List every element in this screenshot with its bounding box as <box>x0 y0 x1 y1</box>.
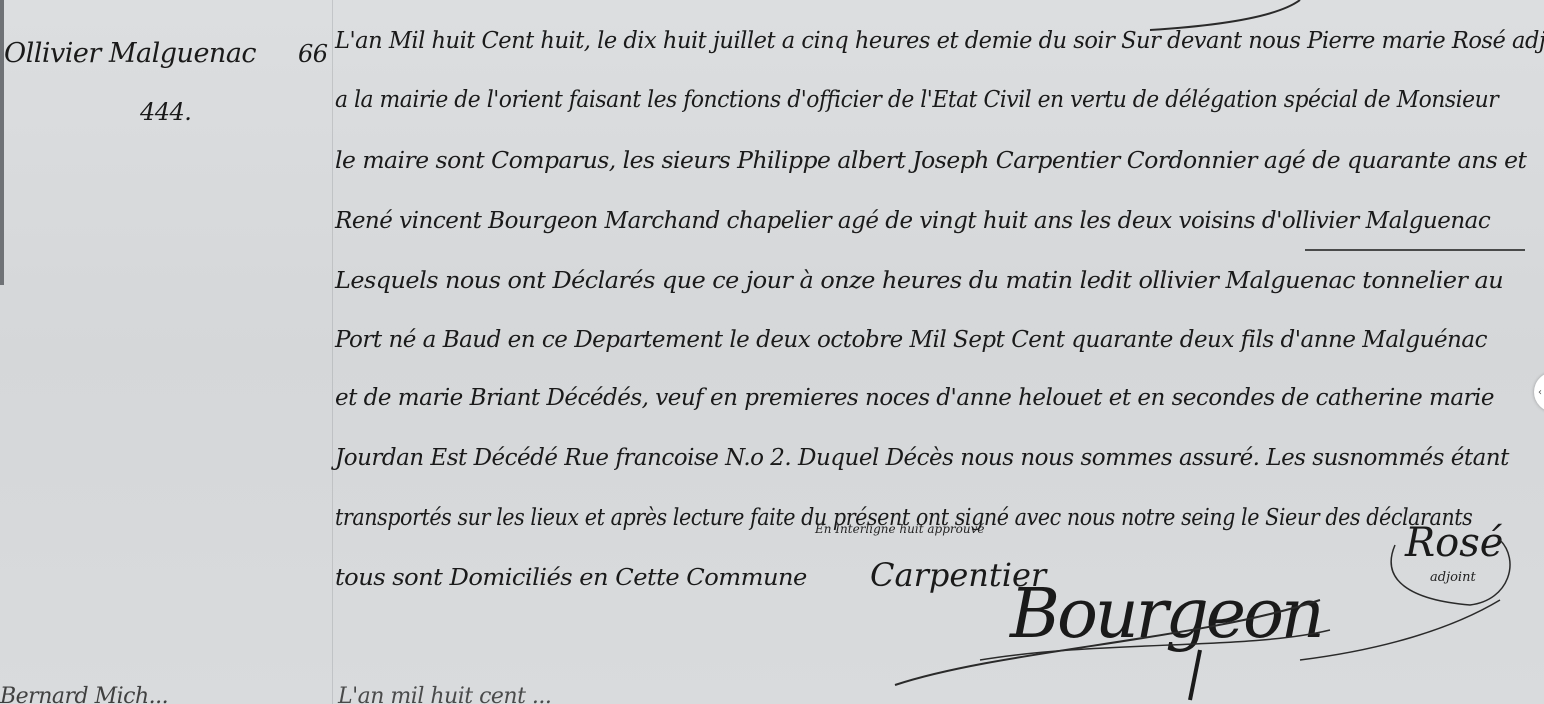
record-line-4: René vincent Bourgeon Marchand chapelier… <box>335 208 1490 234</box>
signature-rose: Rosé <box>1405 520 1503 566</box>
next-entry-text: L'an mil huit cent ... <box>338 684 551 704</box>
record-line-6: Port né a Baud en ce Departement le deux… <box>335 327 1487 353</box>
record-line-1: L'an Mil huit Cent huit, le dix huit jui… <box>335 28 1544 54</box>
record-line-3: le maire sont Comparus, les sieurs Phili… <box>335 148 1526 174</box>
margin-rule <box>332 0 333 704</box>
record-line-2: a la mairie de l'orient faisant les fonc… <box>335 87 1498 113</box>
margin-deceased-name: Ollivier Malguenac <box>4 38 256 69</box>
signature-rose-title: adjoint <box>1430 570 1476 585</box>
margin-sub-number: 444. <box>140 98 191 126</box>
record-line-8: Jourdan Est Décédé Rue francoise N.o 2. … <box>335 445 1509 471</box>
signature-bourgeon: Bourgeon <box>1010 575 1322 654</box>
entry-number: 66 <box>298 40 328 68</box>
interlinear-note: En Interligne huit approuvé <box>815 522 984 536</box>
document-scan: Ollivier Malguenac 444. 66 L'an Mil huit… <box>0 0 1544 704</box>
record-line-10: tous sont Domiciliés en Cette Commune <box>335 565 807 591</box>
chevron-left-icon: ‹ <box>1538 387 1542 398</box>
next-entry-margin: Bernard Mich... <box>0 684 168 704</box>
record-line-5: Lesquels nous ont Déclarés que ce jour à… <box>335 268 1503 294</box>
record-line-7: et de marie Briant Décédés, veuf en prem… <box>335 385 1494 411</box>
